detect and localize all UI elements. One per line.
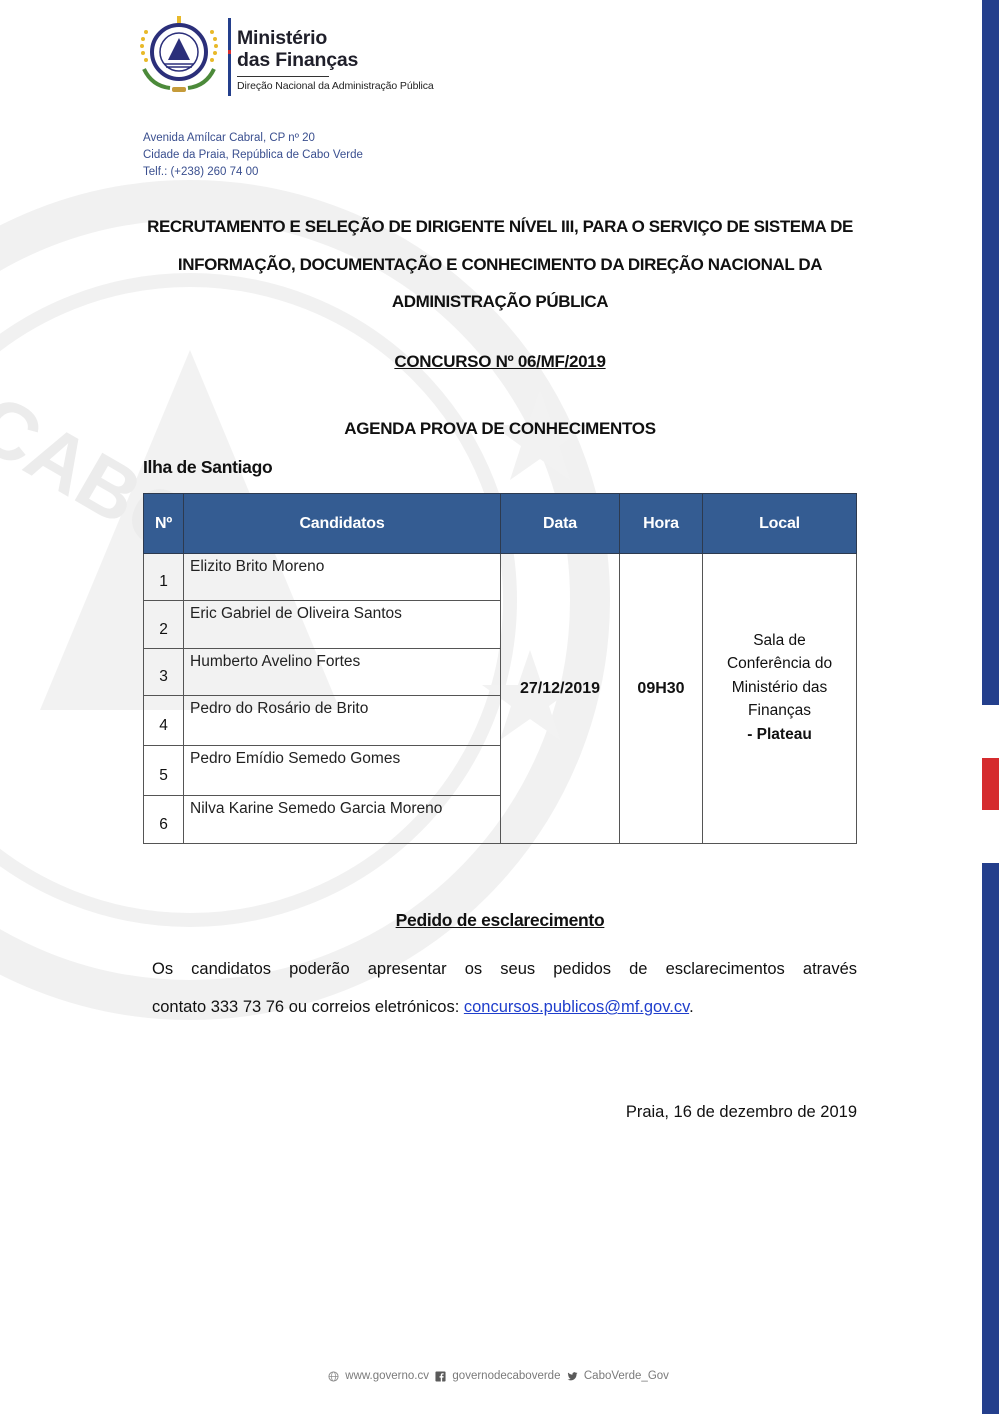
table-header-row: Nº Candidatos Data Hora Local xyxy=(144,494,857,554)
address-block: Avenida Amílcar Cabral, CP nº 20 Cidade … xyxy=(143,130,363,181)
header-date: Data xyxy=(501,494,620,554)
flag-stripe-blue-bottom xyxy=(982,863,999,1414)
contest-number: CONCURSO Nº 06/MF/2019 xyxy=(0,352,1000,372)
document-title: RECRUTAMENTO E SELEÇÃO DE DIRIGENTE NÍVE… xyxy=(110,208,890,321)
footer-facebook[interactable]: governodecaboverde xyxy=(452,1370,560,1382)
row-number: 5 xyxy=(144,746,184,796)
header-number: Nº xyxy=(144,494,184,554)
place-and-date: Praia, 16 de dezembro de 2019 xyxy=(626,1103,857,1122)
ministry-underline xyxy=(237,76,329,77)
footer-twitter[interactable]: CaboVerde_Gov xyxy=(584,1370,669,1382)
exam-schedule-table: Nº Candidatos Data Hora Local 1 Elizito … xyxy=(143,493,857,844)
logo-divider-accent xyxy=(228,50,231,54)
row-number: 6 xyxy=(144,796,184,844)
row-number: 4 xyxy=(144,696,184,746)
flag-stripe-red xyxy=(982,758,999,810)
row-number: 2 xyxy=(144,601,184,649)
footer-website[interactable]: www.governo.cv xyxy=(345,1370,429,1382)
clarification-heading: Pedido de esclarecimento xyxy=(0,910,1000,931)
department-name: Direção Nacional da Administração Públic… xyxy=(237,80,434,92)
location-line: Ministério das xyxy=(703,676,856,700)
ministry-name-line2: das Finanças xyxy=(237,49,358,71)
island-heading: Ilha de Santiago xyxy=(143,457,272,478)
coat-of-arms-logo xyxy=(134,14,224,96)
clarification-text: Os candidatos poderão apresentar os seus… xyxy=(152,950,857,1026)
header-time: Hora xyxy=(620,494,703,554)
address-city: Cidade da Praia, República de Cabo Verde xyxy=(143,147,363,164)
candidate-name: Elizito Brito Moreno xyxy=(184,554,501,601)
address-street: Avenida Amílcar Cabral, CP nº 20 xyxy=(143,130,363,147)
header-location: Local xyxy=(703,494,857,554)
candidate-name: Pedro Emídio Semedo Gomes xyxy=(184,746,501,796)
exam-date: 27/12/2019 xyxy=(501,554,620,844)
facebook-icon xyxy=(435,1371,446,1382)
location-line: Conferência do xyxy=(703,652,856,676)
row-number: 1 xyxy=(144,554,184,601)
candidate-name: Nilva Karine Semedo Garcia Moreno xyxy=(184,796,501,844)
row-number: 3 xyxy=(144,649,184,696)
exam-time: 09H30 xyxy=(620,554,703,844)
agenda-heading: AGENDA PROVA DE CONHECIMENTOS xyxy=(0,419,1000,439)
exam-location: Sala de Conferência do Ministério das Fi… xyxy=(703,554,857,844)
location-area: - Plateau xyxy=(703,723,856,747)
location-line: Sala de xyxy=(703,629,856,653)
location-line: Finanças xyxy=(703,699,856,723)
candidate-name: Eric Gabriel de Oliveira Santos xyxy=(184,601,501,649)
clarification-end: . xyxy=(689,998,694,1016)
twitter-icon xyxy=(567,1371,578,1382)
clarification-line1: Os candidatos poderão apresentar os seus… xyxy=(152,950,857,988)
ministry-name: Ministério das Finanças xyxy=(237,27,358,71)
contact-email-link[interactable]: concursos.publicos@mf.gov.cv xyxy=(464,998,689,1016)
address-phone: Telf.: (+238) 260 74 00 xyxy=(143,164,363,181)
footer-links: www.governo.cv governodecaboverde CaboVe… xyxy=(0,1370,1000,1382)
ministry-name-line1: Ministério xyxy=(237,27,358,49)
candidate-name: Pedro do Rosário de Brito xyxy=(184,696,501,746)
candidate-name: Humberto Avelino Fortes xyxy=(184,649,501,696)
header-candidates: Candidatos xyxy=(184,494,501,554)
clarification-line2: contato 333 73 76 ou correios eletrónico… xyxy=(152,998,464,1016)
logo-divider xyxy=(228,18,231,96)
table-row: 1 Elizito Brito Moreno 27/12/2019 09H30 … xyxy=(144,554,857,601)
globe-icon xyxy=(328,1371,339,1382)
